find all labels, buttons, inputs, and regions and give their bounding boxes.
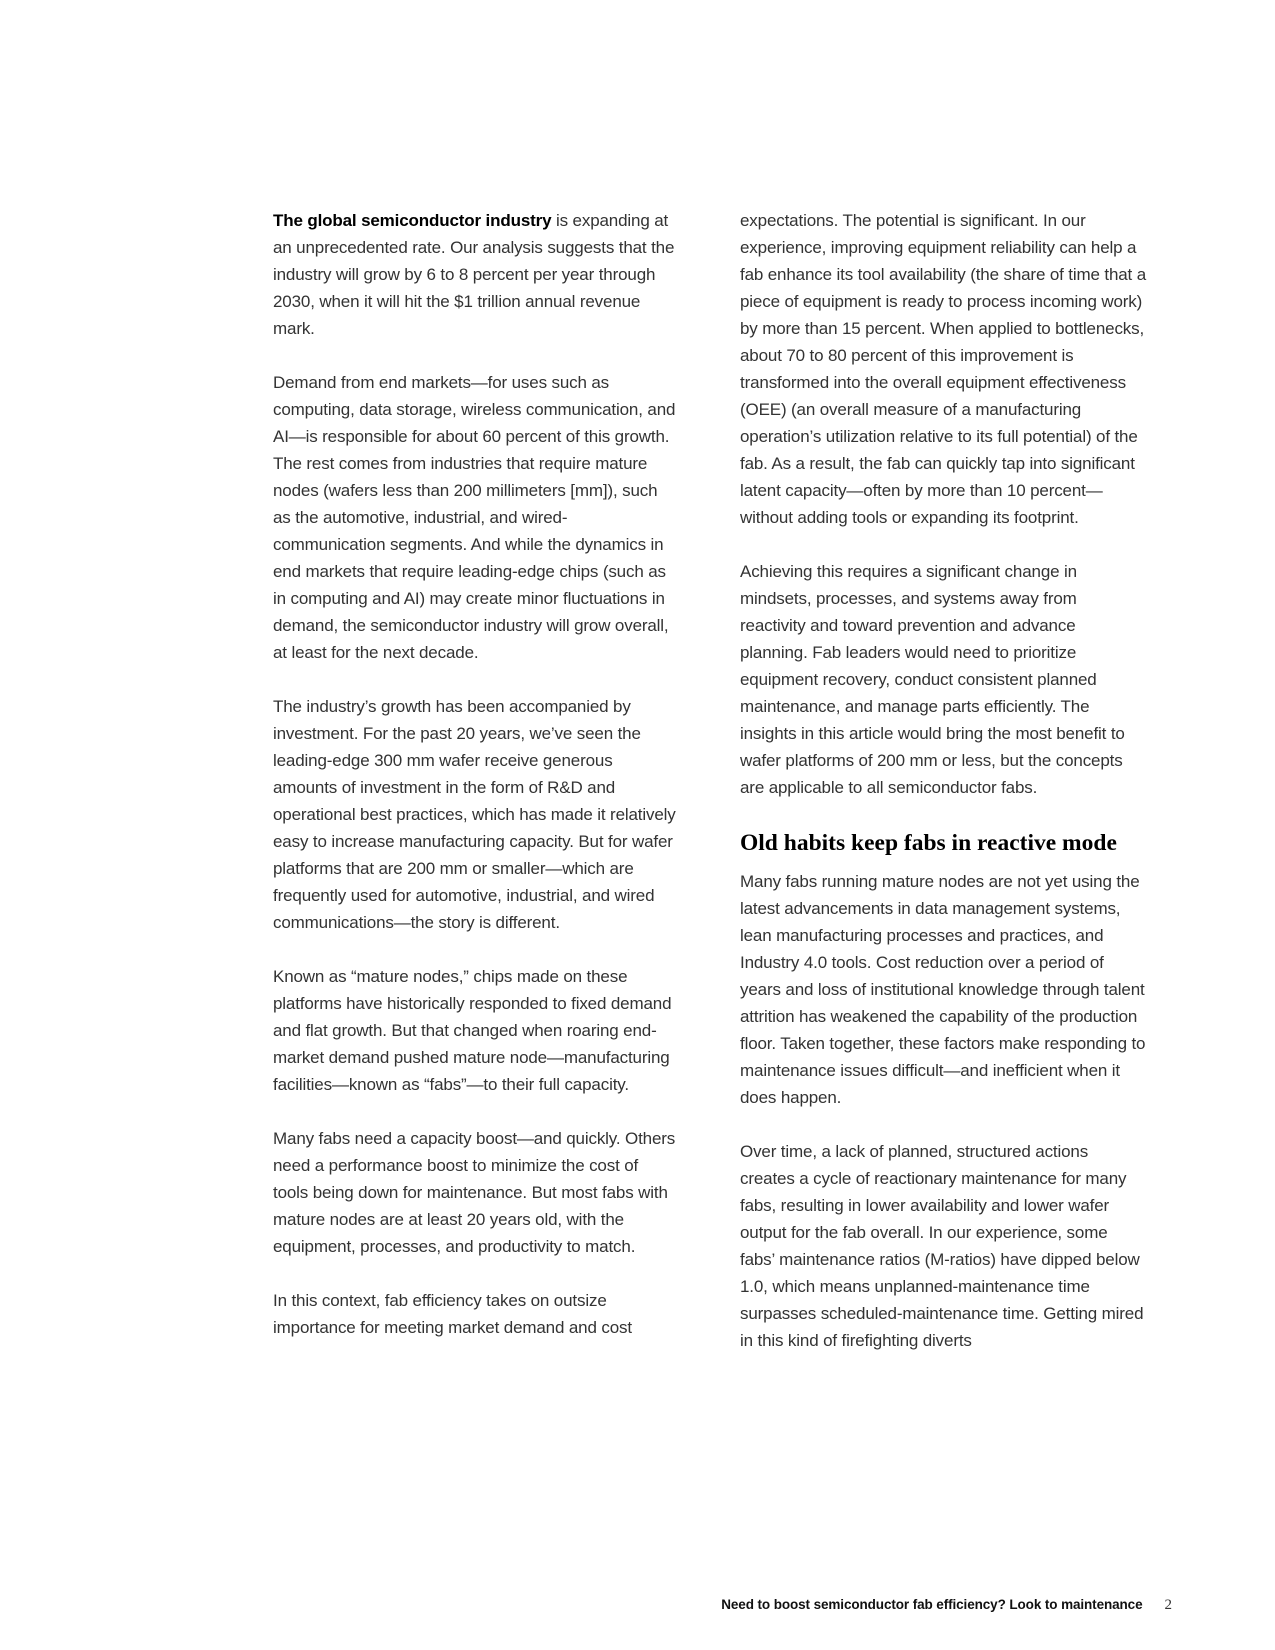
- left-column: The global semiconductor industry is exp…: [273, 207, 677, 1368]
- paragraph: In this context, fab efficiency takes on…: [273, 1287, 677, 1341]
- paragraph: expectations. The potential is significa…: [740, 207, 1146, 531]
- lead-bold-text: The global semiconductor industry: [273, 211, 551, 230]
- paragraph: The industry’s growth has been accompani…: [273, 693, 677, 936]
- document-page: The global semiconductor industry is exp…: [0, 0, 1275, 1650]
- paragraph: Many fabs running mature nodes are not y…: [740, 868, 1146, 1111]
- paragraph: Many fabs need a capacity boost—and quic…: [273, 1125, 677, 1260]
- lead-rest-text: is expanding at an unprecedented rate. O…: [273, 211, 674, 338]
- lead-paragraph: The global semiconductor industry is exp…: [273, 207, 677, 342]
- paragraph: Demand from end markets—for uses such as…: [273, 369, 677, 666]
- section-heading: Old habits keep fabs in reactive mode: [740, 828, 1146, 858]
- paragraph: Achieving this requires a significant ch…: [740, 558, 1146, 801]
- paragraph: Over time, a lack of planned, structured…: [740, 1138, 1146, 1354]
- paragraph: Known as “mature nodes,” chips made on t…: [273, 963, 677, 1098]
- footer-page-number: 2: [1165, 1597, 1173, 1614]
- page-footer: Need to boost semiconductor fab efficien…: [0, 1597, 1172, 1614]
- footer-article-title: Need to boost semiconductor fab efficien…: [721, 1597, 1142, 1612]
- right-column: expectations. The potential is significa…: [740, 207, 1146, 1381]
